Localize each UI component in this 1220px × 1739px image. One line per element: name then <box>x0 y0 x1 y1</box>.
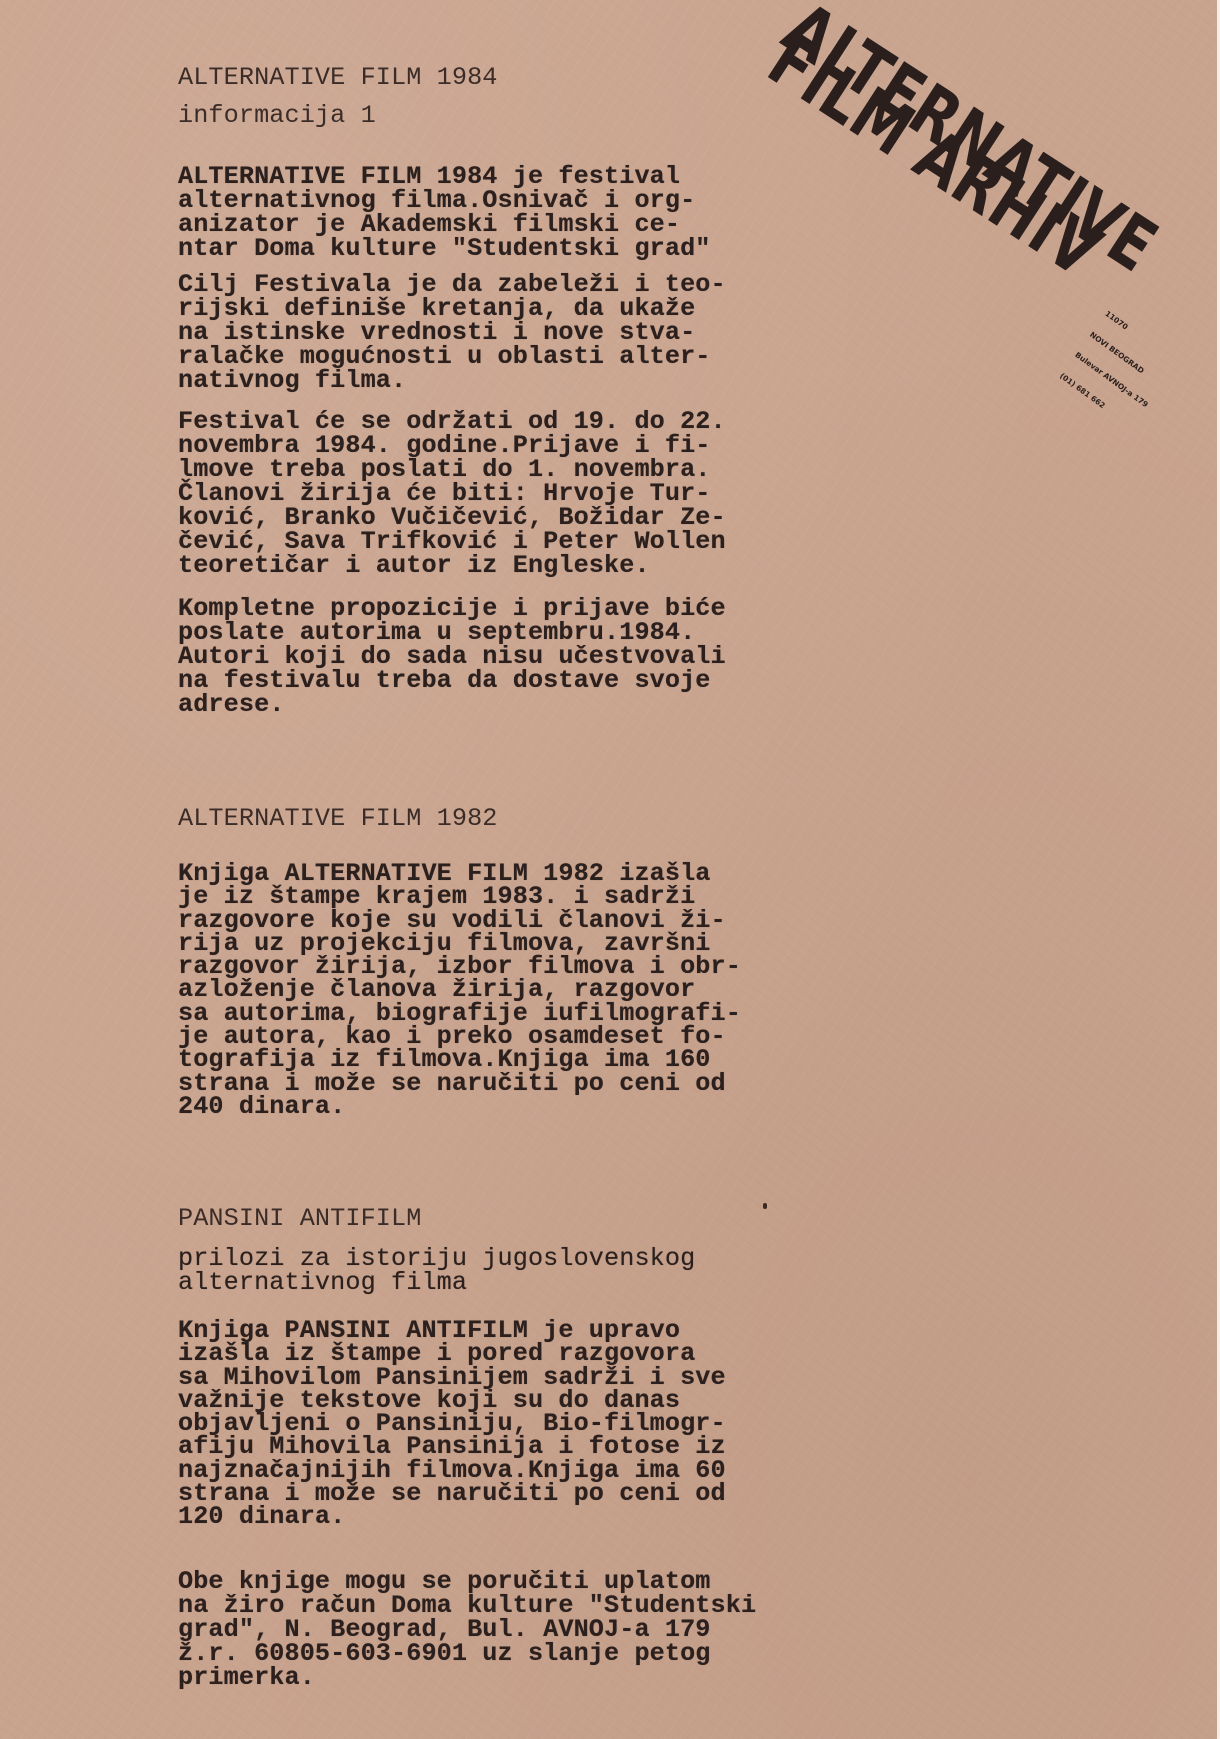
stamp-address-line: (01) 681 662 <box>1058 372 1134 431</box>
paper-sheet: ALTERNATIVE FILM ARHIV 11070 NOVI BEOGRA… <box>0 0 1217 1739</box>
text-line: 120 dinara. <box>178 1505 726 1528</box>
paragraph-pansini-book: Knjiga PANSINI ANTIFILM je upravoizašla … <box>178 1319 726 1529</box>
text-line: nativnog filma. <box>178 369 726 393</box>
ink-speck <box>763 1203 767 1209</box>
text-line: adrese. <box>178 693 726 717</box>
stamp-address-line: 11070 <box>1103 310 1179 369</box>
paragraph-festival-dates-jury: Festival će se održati od 19. do 22.nove… <box>178 410 726 578</box>
stamp-address: 11070 NOVI BEOGRAD Bulevar AVNOJ-a 179 (… <box>1048 296 1189 444</box>
stamp-address-line: Bulevar AVNOJ-a 179 <box>1073 351 1149 410</box>
paragraph-applications: Kompletne propozicije i prijave bićeposl… <box>178 597 726 717</box>
stamp-line-film-arhiv: FILM ARHIV <box>754 18 1115 293</box>
paragraph-order-info: Obe knjige mogu se poručiti uplatomna ži… <box>178 1570 756 1690</box>
text-line: 240 dinara. <box>178 1095 741 1118</box>
paragraph-af1982-book: Knjiga ALTERNATIVE FILM 1982 izašlaje iz… <box>178 862 741 1118</box>
stamp-address-line: NOVI BEOGRAD <box>1088 330 1164 389</box>
paragraph-festival-intro: ALTERNATIVE FILM 1984 je festivalalterna… <box>178 165 711 261</box>
section-title-pansini: PANSINI ANTIFILM <box>178 1207 421 1231</box>
document-title: ALTERNATIVE FILM 1984 <box>178 66 498 90</box>
stamp-line-alternative: ALTERNATIVE <box>769 0 1172 288</box>
section-title-af1982: ALTERNATIVE FILM 1982 <box>178 807 498 831</box>
text-line: primerka. <box>178 1666 756 1690</box>
text-line: alternativnog filma <box>178 1271 695 1295</box>
text-line: ntar Doma kulture "Studentski grad" <box>178 237 711 261</box>
document-subtitle: informacija 1 <box>178 104 376 128</box>
paragraph-festival-goal: Cilj Festivala je da zabeleži i teo-rijs… <box>178 273 726 393</box>
pansini-subtitle: prilozi za istoriju jugoslovenskogaltern… <box>178 1247 695 1295</box>
text-line: teoretičar i autor iz Engleske. <box>178 554 726 578</box>
